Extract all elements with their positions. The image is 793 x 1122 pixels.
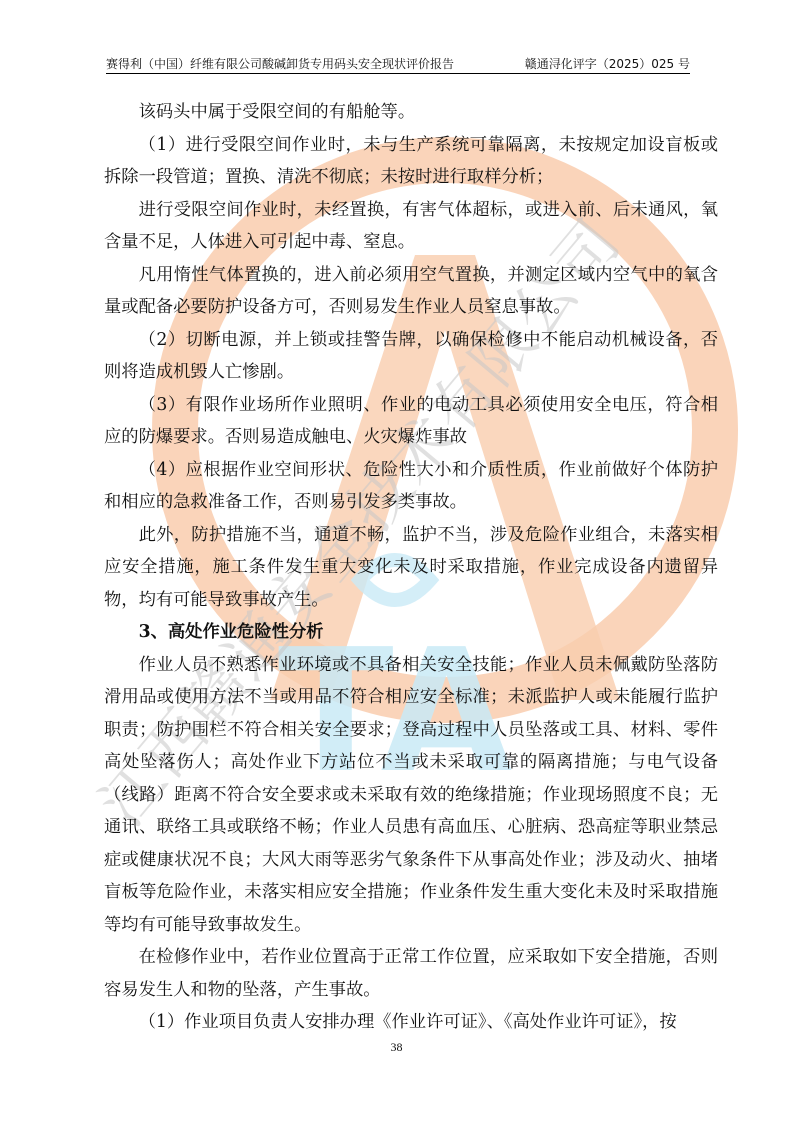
paragraph: 此外，防护措施不当，通道不畅，监护不当，涉及危险作业组合，未落实相应安全措施，施… [104,519,718,617]
paragraph: 作业人员不熟悉作业环境或不具备相关安全技能；作业人员未佩戴防坠落防滑用品或使用方… [104,649,718,942]
paragraph: （2）切断电源，并上锁或挂警告牌，以确保检修中不能启动机械设备，否则将造成机毁人… [104,324,718,389]
header-report-number: 赣通浔化评字（2025）025 号 [525,57,690,73]
section-heading: 3、高处作业危险性分析 [104,616,718,649]
paragraph: （1）进行受限空间作业时，未与生产系统可靠隔离，未按规定加设盲板或拆除一段管道；… [104,129,718,194]
header-report-title: 赛得利（中国）纤维有限公司酸碱卸货专用码头安全现状评价报告 [106,57,454,73]
paragraph: （1）作业项目负责人安排办理《作业许可证》、《高处作业许可证》，按 [104,1006,718,1039]
paragraph: 进行受限空间作业时，未经置换，有害气体超标，或进入前、后未通风，氧含量不足，人体… [104,194,718,259]
paragraph: 该码头中属于受限空间的有船舱等。 [104,96,718,129]
paragraph: （4）应根据作业空间形状、危险性大小和介质性质，作业前做好个体防护和相应的急救准… [104,454,718,519]
page-header: 赛得利（中国）纤维有限公司酸碱卸货专用码头安全现状评价报告 赣通浔化评字（202… [106,55,690,74]
page-number: 38 [0,1040,793,1055]
document-page: TA 江西赣通安全技术有限公司 赛得利（中国）纤维有限公司酸碱卸货专用码头安全现… [0,0,793,1122]
paragraph: 凡用惰性气体置换的，进入前必须用空气置换，并测定区域内空气中的氧含量或配备必要防… [104,259,718,324]
paragraph: 在检修作业中，若作业位置高于正常工作位置，应采取如下安全措施，否则容易发生人和物… [104,941,718,1006]
document-body: 该码头中属于受限空间的有船舱等。 （1）进行受限空间作业时，未与生产系统可靠隔离… [104,96,718,1039]
paragraph: （3）有限作业场所作业照明、作业的电动工具必须使用安全电压，符合相应的防爆要求。… [104,389,718,454]
